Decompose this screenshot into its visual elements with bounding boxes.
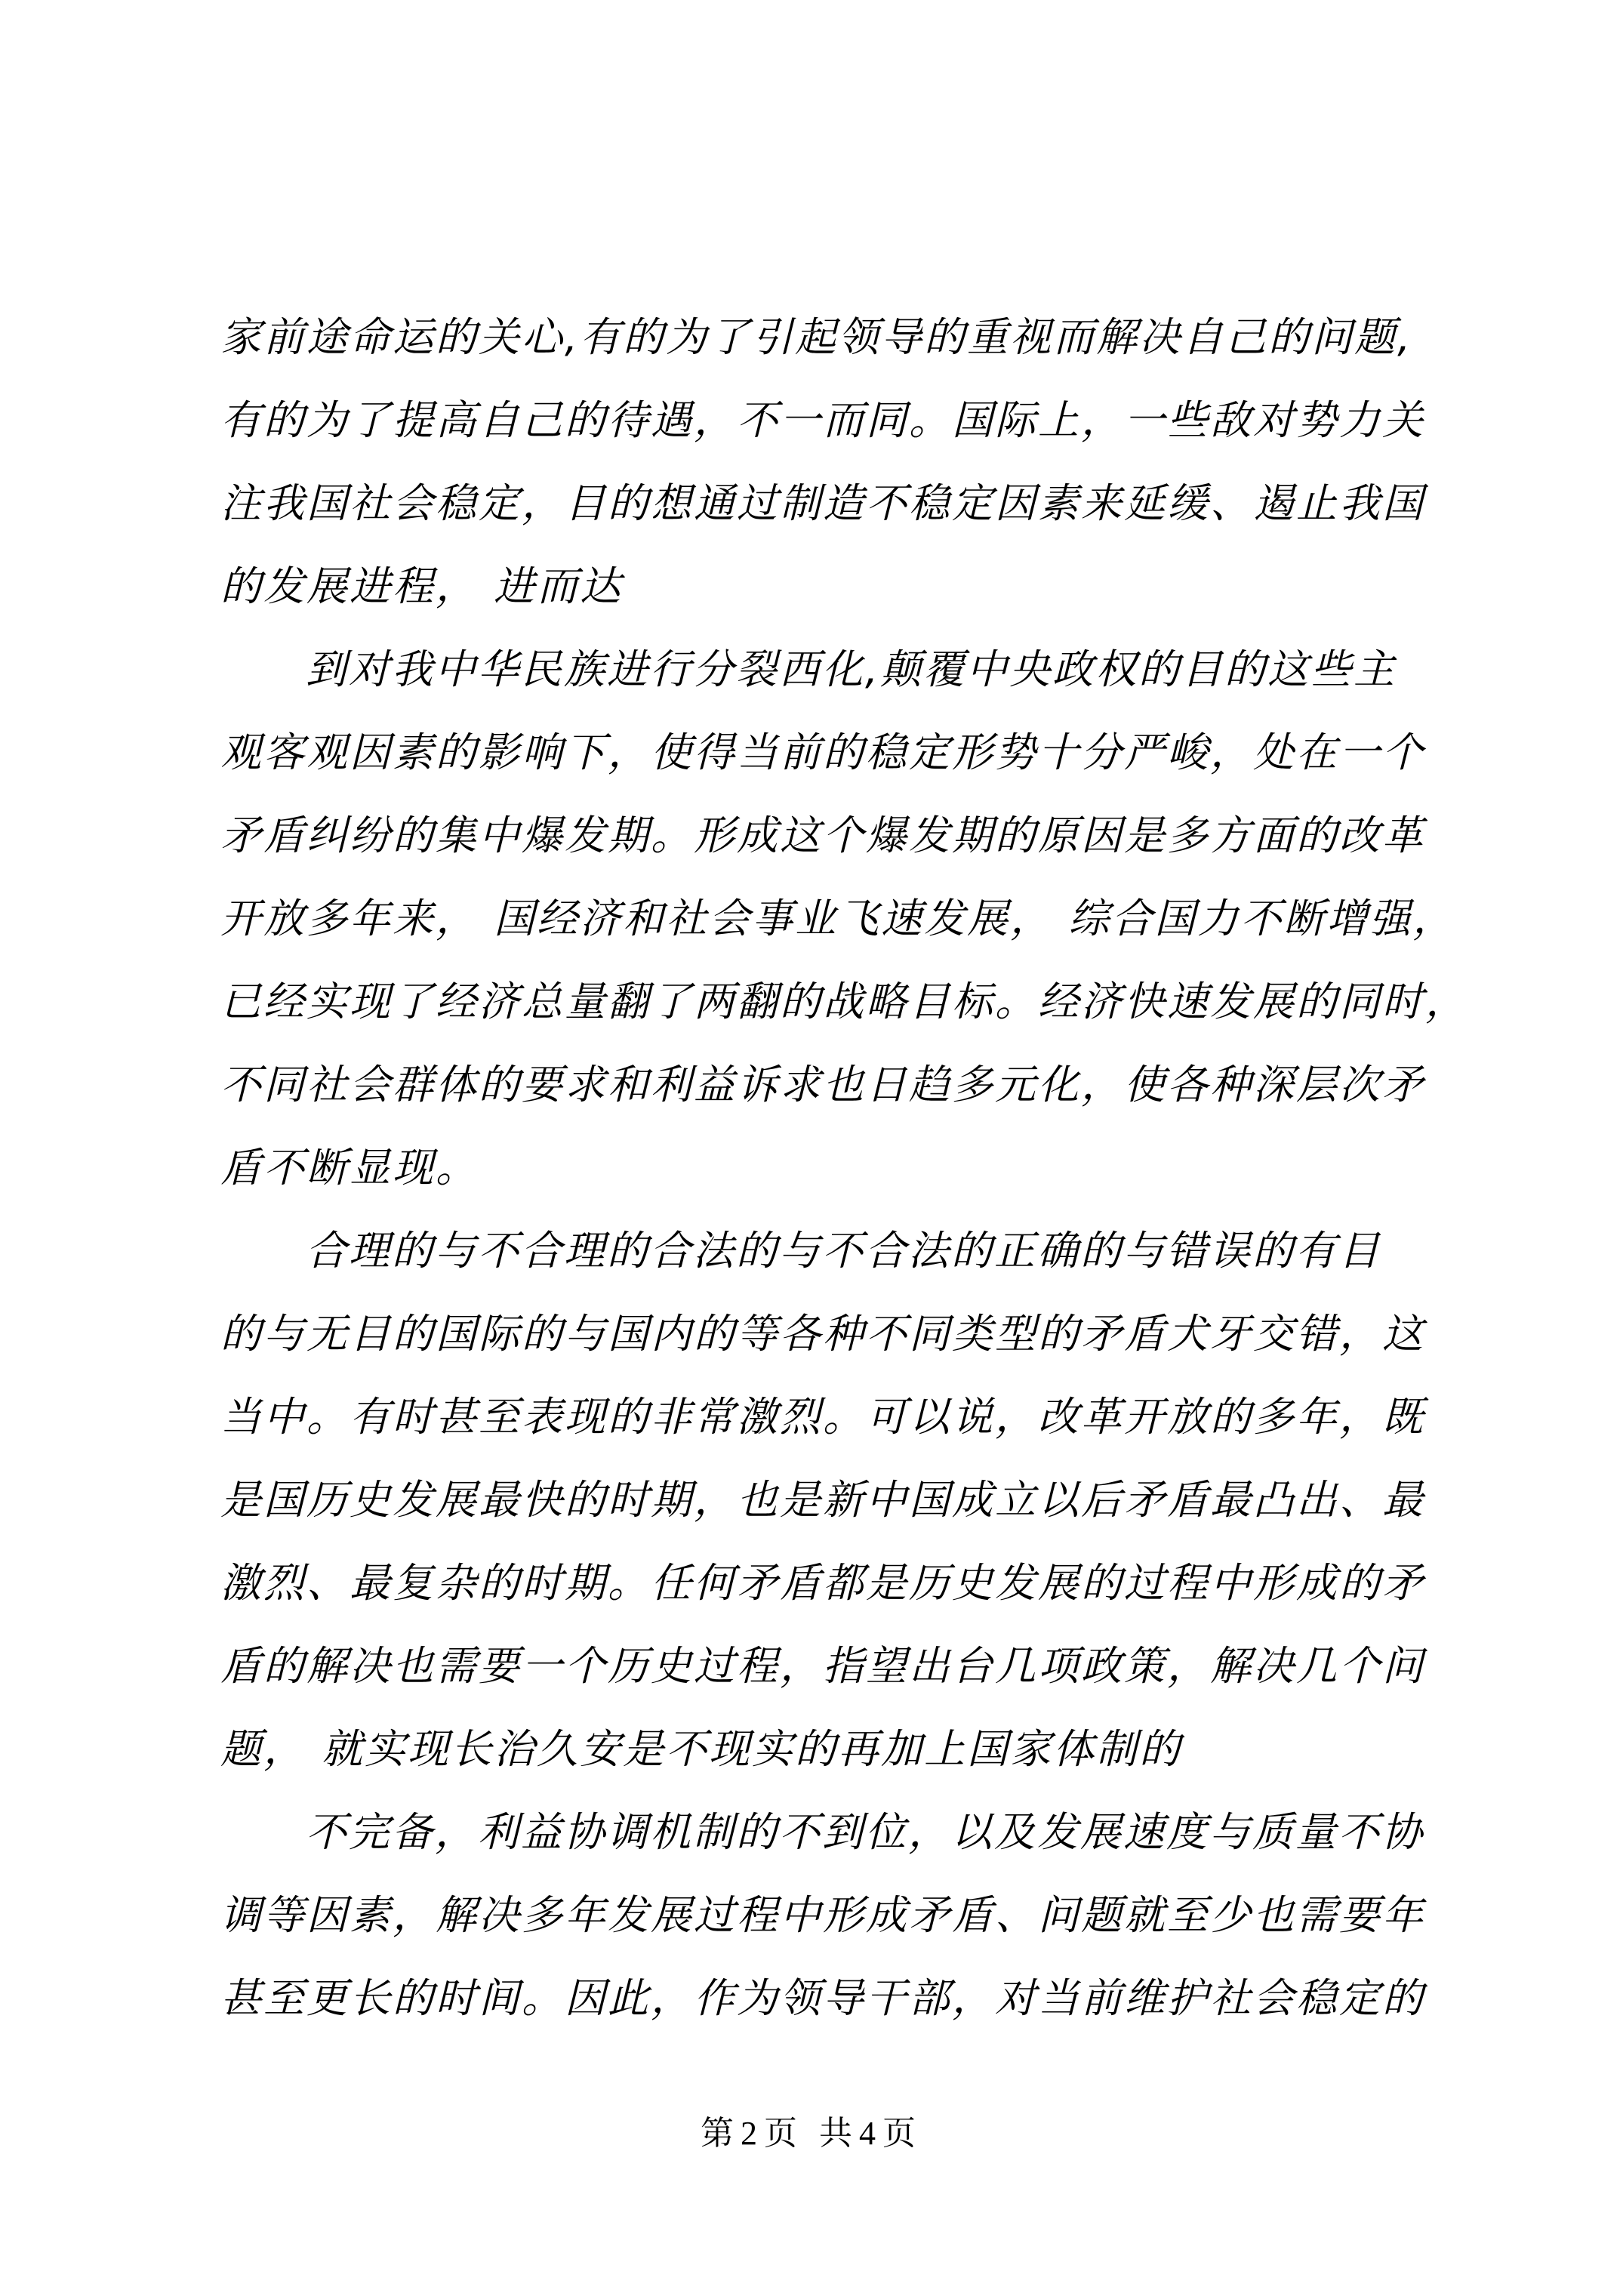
text-line: 题， 就实现长治久安是不现实的再加上国家体制的: [220, 1708, 1481, 1791]
text-line: 矛盾纠纷的集中爆发期。形成这个爆发期的原因是多方面的改革: [220, 794, 1481, 877]
document-body: 家前途命运的关心,有的为了引起领导的重视而解决自己的问题, 有的为了提高自己的待…: [220, 296, 1481, 2040]
paragraph: 到对我中华民族进行分裂西化,颠覆中央政权的目的这些主 观客观因素的影响下，使得当…: [220, 628, 1481, 1210]
text-line: 盾不断显现。: [220, 1126, 1481, 1210]
text-line: 是国历史发展最快的时期，也是新中国成立以后矛盾最凸出、最: [220, 1459, 1481, 1542]
paragraph: 合理的与不合理的合法的与不合法的正确的与错误的有目 的与无目的国际的与国内的等各…: [220, 1210, 1481, 1791]
text-line: 激烈、最复杂的时期。任何矛盾都是历史发展的过程中形成的矛: [220, 1542, 1481, 1625]
document-page: 家前途命运的关心,有的为了引起领导的重视而解决自己的问题, 有的为了提高自己的待…: [0, 0, 1623, 2296]
paragraph: 不完备，利益协调机制的不到位，以及发展速度与质量不协 调等因素，解决多年发展过程…: [220, 1791, 1481, 2040]
text-line: 盾的解决也需要一个历史过程，指望出台几项政策，解决几个问: [220, 1625, 1481, 1708]
paragraph: 家前途命运的关心,有的为了引起领导的重视而解决自己的问题, 有的为了提高自己的待…: [220, 296, 1481, 628]
text-line: 注我国社会稳定，目的想通过制造不稳定因素来延缓、遏止我国: [220, 462, 1481, 545]
text-line: 甚至更长的时间。因此，作为领导干部，对当前维护社会稳定的: [220, 1957, 1481, 2040]
text-line: 已经实现了经济总量翻了两翻的战略目标。经济快速发展的同时，: [220, 960, 1481, 1043]
text-line: 有的为了提高自己的待遇，不一而同。国际上，一些敌对势力关: [220, 379, 1481, 462]
text-line: 观客观因素的影响下，使得当前的稳定形势十分严峻，处在一个: [220, 711, 1481, 794]
text-line: 的与无目的国际的与国内的等各种不同类型的矛盾犬牙交错，这: [220, 1293, 1481, 1376]
text-line: 合理的与不合理的合法的与不合法的正确的与错误的有目: [220, 1210, 1481, 1293]
text-line: 调等因素，解决多年发展过程中形成矛盾、问题就至少也需要年: [220, 1874, 1481, 1957]
text-line: 开放多年来， 国经济和社会事业飞速发展， 综合国力不断增强，: [220, 877, 1481, 960]
text-line: 家前途命运的关心,有的为了引起领导的重视而解决自己的问题,: [220, 296, 1481, 379]
text-line: 不完备，利益协调机制的不到位，以及发展速度与质量不协: [220, 1791, 1481, 1874]
page-number-footer: 第2页 共4页: [0, 2111, 1623, 2156]
text-line: 的发展进程， 进而达: [220, 545, 1481, 628]
text-line: 当中。有时甚至表现的非常激烈。可以说，改革开放的多年，既: [220, 1376, 1481, 1459]
text-line: 到对我中华民族进行分裂西化,颠覆中央政权的目的这些主: [220, 628, 1481, 711]
text-line: 不同社会群体的要求和利益诉求也日趋多元化，使各种深层次矛: [220, 1043, 1481, 1126]
